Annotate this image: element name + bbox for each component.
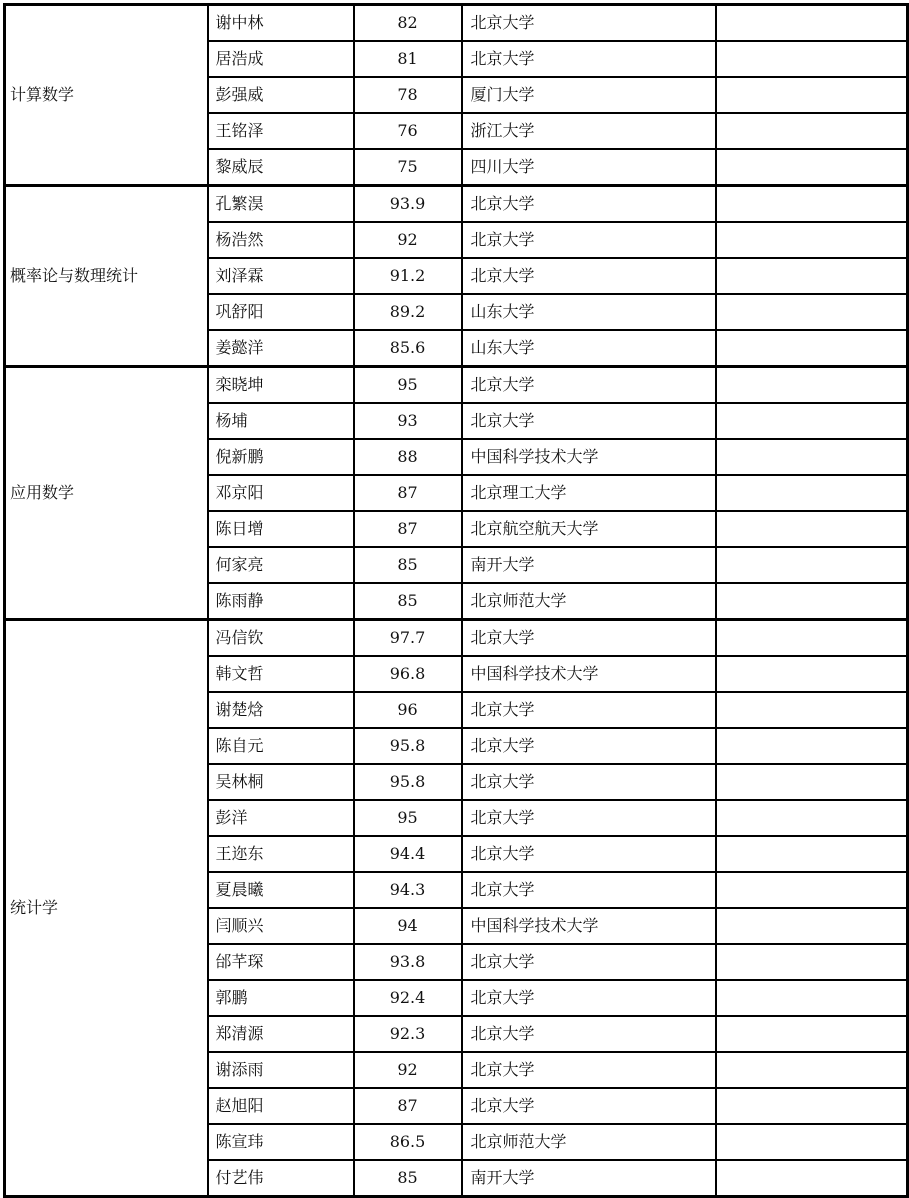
empty-cell <box>716 511 908 547</box>
empty-cell <box>716 656 908 692</box>
score-cell: 85.6 <box>354 330 462 367</box>
university-cell: 北京理工大学 <box>462 475 716 511</box>
university-cell: 南开大学 <box>462 1160 716 1197</box>
university-cell: 厦门大学 <box>462 77 716 113</box>
name-cell: 付艺伟 <box>208 1160 354 1197</box>
score-cell: 76 <box>354 113 462 149</box>
university-cell: 浙江大学 <box>462 113 716 149</box>
empty-cell <box>716 1160 908 1197</box>
university-cell: 北京大学 <box>462 258 716 294</box>
empty-cell <box>716 692 908 728</box>
score-cell: 86.5 <box>354 1124 462 1160</box>
empty-cell <box>716 800 908 836</box>
name-cell: 吴林桐 <box>208 764 354 800</box>
university-cell: 北京大学 <box>462 692 716 728</box>
name-cell: 刘泽霖 <box>208 258 354 294</box>
empty-cell <box>716 258 908 294</box>
university-cell: 北京大学 <box>462 222 716 258</box>
score-cell: 95 <box>354 367 462 404</box>
university-cell: 北京大学 <box>462 836 716 872</box>
university-cell: 四川大学 <box>462 149 716 186</box>
score-cell: 95 <box>354 800 462 836</box>
empty-cell <box>716 547 908 583</box>
score-cell: 85 <box>354 583 462 620</box>
university-cell: 北京大学 <box>462 367 716 404</box>
name-cell: 王铭泽 <box>208 113 354 149</box>
score-cell: 92.4 <box>354 980 462 1016</box>
university-cell: 山东大学 <box>462 294 716 330</box>
empty-cell <box>716 1052 908 1088</box>
name-cell: 孔繁淏 <box>208 186 354 223</box>
score-cell: 87 <box>354 1088 462 1124</box>
score-cell: 92 <box>354 222 462 258</box>
empty-cell <box>716 403 908 439</box>
name-cell: 何家亮 <box>208 547 354 583</box>
empty-cell <box>716 980 908 1016</box>
university-cell: 中国科学技术大学 <box>462 908 716 944</box>
empty-cell <box>716 583 908 620</box>
score-cell: 88 <box>354 439 462 475</box>
document-page: 计算数学谢中林82北京大学居浩成81北京大学彭强威78厦门大学王铭泽76浙江大学… <box>0 0 909 1136</box>
empty-cell <box>716 1124 908 1160</box>
name-cell: 谢添雨 <box>208 1052 354 1088</box>
name-cell: 赵旭阳 <box>208 1088 354 1124</box>
subject-cell: 应用数学 <box>5 367 208 620</box>
empty-cell <box>716 764 908 800</box>
empty-cell <box>716 475 908 511</box>
university-cell: 北京大学 <box>462 5 716 42</box>
name-cell: 王迩东 <box>208 836 354 872</box>
empty-cell <box>716 872 908 908</box>
empty-cell <box>716 944 908 980</box>
name-cell: 冯信钦 <box>208 620 354 657</box>
name-cell: 倪新鹏 <box>208 439 354 475</box>
empty-cell <box>716 439 908 475</box>
university-cell: 南开大学 <box>462 547 716 583</box>
score-cell: 85 <box>354 547 462 583</box>
university-cell: 北京大学 <box>462 800 716 836</box>
name-cell: 郭鹏 <box>208 980 354 1016</box>
name-cell: 邰芊琛 <box>208 944 354 980</box>
subject-cell: 计算数学 <box>5 5 208 186</box>
score-cell: 78 <box>354 77 462 113</box>
score-cell: 93.8 <box>354 944 462 980</box>
name-cell: 闫顺兴 <box>208 908 354 944</box>
name-cell: 邓京阳 <box>208 475 354 511</box>
empty-cell <box>716 41 908 77</box>
name-cell: 夏晨曦 <box>208 872 354 908</box>
score-cell: 95.8 <box>354 764 462 800</box>
empty-cell <box>716 149 908 186</box>
name-cell: 杨浩然 <box>208 222 354 258</box>
name-cell: 杨埔 <box>208 403 354 439</box>
empty-cell <box>716 222 908 258</box>
name-cell: 姜懿洋 <box>208 330 354 367</box>
name-cell: 谢中林 <box>208 5 354 42</box>
score-cell: 89.2 <box>354 294 462 330</box>
university-cell: 北京大学 <box>462 186 716 223</box>
university-cell: 北京大学 <box>462 764 716 800</box>
score-cell: 87 <box>354 511 462 547</box>
name-cell: 陈自元 <box>208 728 354 764</box>
empty-cell <box>716 1088 908 1124</box>
name-cell: 谢楚焓 <box>208 692 354 728</box>
university-cell: 北京大学 <box>462 41 716 77</box>
empty-cell <box>716 5 908 42</box>
score-cell: 94.3 <box>354 872 462 908</box>
name-cell: 彭强威 <box>208 77 354 113</box>
university-cell: 中国科学技术大学 <box>462 439 716 475</box>
score-cell: 82 <box>354 5 462 42</box>
score-cell: 93 <box>354 403 462 439</box>
name-cell: 陈雨静 <box>208 583 354 620</box>
score-cell: 96.8 <box>354 656 462 692</box>
name-cell: 彭洋 <box>208 800 354 836</box>
empty-cell <box>716 1016 908 1052</box>
score-cell: 85 <box>354 1160 462 1197</box>
name-cell: 韩文哲 <box>208 656 354 692</box>
score-cell: 94.4 <box>354 836 462 872</box>
score-cell: 93.9 <box>354 186 462 223</box>
name-cell: 栾晓坤 <box>208 367 354 404</box>
score-table: 计算数学谢中林82北京大学居浩成81北京大学彭强威78厦门大学王铭泽76浙江大学… <box>3 3 909 1198</box>
university-cell: 北京大学 <box>462 1088 716 1124</box>
university-cell: 中国科学技术大学 <box>462 656 716 692</box>
university-cell: 北京大学 <box>462 1052 716 1088</box>
empty-cell <box>716 294 908 330</box>
table-row: 概率论与数理统计孔繁淏93.9北京大学 <box>5 186 908 223</box>
score-cell: 87 <box>354 475 462 511</box>
university-cell: 北京师范大学 <box>462 583 716 620</box>
score-cell: 92 <box>354 1052 462 1088</box>
university-cell: 北京大学 <box>462 872 716 908</box>
table-row: 应用数学栾晓坤95北京大学 <box>5 367 908 404</box>
table-row: 计算数学谢中林82北京大学 <box>5 5 908 42</box>
empty-cell <box>716 113 908 149</box>
empty-cell <box>716 908 908 944</box>
university-cell: 北京大学 <box>462 728 716 764</box>
score-cell: 81 <box>354 41 462 77</box>
score-cell: 94 <box>354 908 462 944</box>
empty-cell <box>716 77 908 113</box>
subject-cell: 统计学 <box>5 620 208 1197</box>
empty-cell <box>716 367 908 404</box>
university-cell: 山东大学 <box>462 330 716 367</box>
university-cell: 北京大学 <box>462 403 716 439</box>
score-cell: 91.2 <box>354 258 462 294</box>
name-cell: 陈宣玮 <box>208 1124 354 1160</box>
name-cell: 郑清源 <box>208 1016 354 1052</box>
university-cell: 北京师范大学 <box>462 1124 716 1160</box>
university-cell: 北京大学 <box>462 620 716 657</box>
score-cell: 75 <box>354 149 462 186</box>
name-cell: 陈日增 <box>208 511 354 547</box>
name-cell: 居浩成 <box>208 41 354 77</box>
empty-cell <box>716 620 908 657</box>
university-cell: 北京大学 <box>462 1016 716 1052</box>
empty-cell <box>716 728 908 764</box>
score-cell: 92.3 <box>354 1016 462 1052</box>
score-cell: 95.8 <box>354 728 462 764</box>
empty-cell <box>716 186 908 223</box>
name-cell: 黎威辰 <box>208 149 354 186</box>
name-cell: 巩舒阳 <box>208 294 354 330</box>
empty-cell <box>716 330 908 367</box>
score-table-body: 计算数学谢中林82北京大学居浩成81北京大学彭强威78厦门大学王铭泽76浙江大学… <box>5 5 908 1197</box>
score-cell: 96 <box>354 692 462 728</box>
empty-cell <box>716 836 908 872</box>
university-cell: 北京航空航天大学 <box>462 511 716 547</box>
university-cell: 北京大学 <box>462 944 716 980</box>
table-row: 统计学冯信钦97.7北京大学 <box>5 620 908 657</box>
university-cell: 北京大学 <box>462 980 716 1016</box>
subject-cell: 概率论与数理统计 <box>5 186 208 367</box>
score-cell: 97.7 <box>354 620 462 657</box>
